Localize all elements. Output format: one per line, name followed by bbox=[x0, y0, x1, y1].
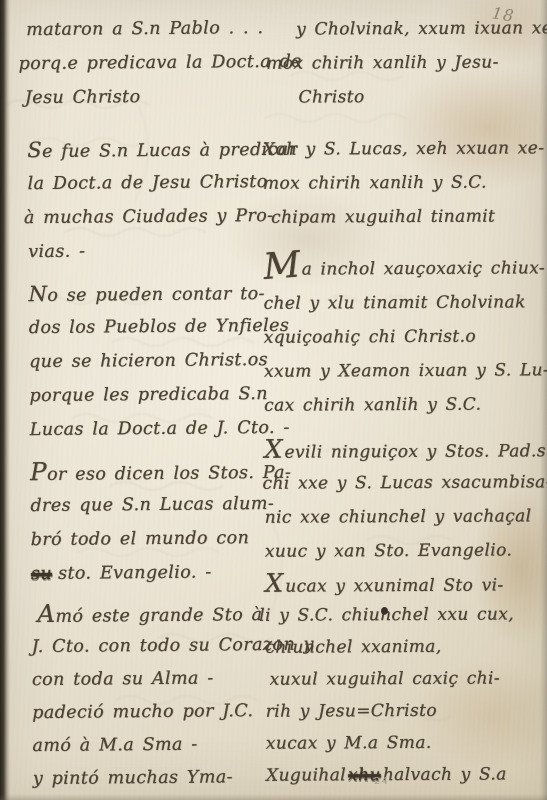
manuscript-line: rih y Jesu=Christo bbox=[266, 695, 547, 728]
manuscript-line: à muchas Ciudades y Pro- bbox=[24, 201, 278, 237]
manuscript-line: No se pueden contar to- bbox=[28, 277, 278, 313]
manuscript-line: vias. - bbox=[28, 235, 278, 271]
manuscript-line: xucax y M.a Sma. bbox=[266, 727, 547, 760]
line-text: Xuguihal bbox=[266, 765, 346, 785]
paragraph: Se fue S.n Lucas à predicar la Doct.a de… bbox=[27, 133, 278, 271]
decorated-initial: M bbox=[263, 265, 300, 268]
manuscript-line: Se fue S.n Lucas à predicar bbox=[27, 133, 277, 169]
manuscript-line: y Cholvinak, xxum ixuan xe- bbox=[296, 13, 546, 48]
line-text: a inchol xauçoxaxiç chiux- bbox=[302, 258, 545, 279]
manuscript-line: mataron a S.n Pablo . . . bbox=[26, 13, 276, 49]
manuscript-line: que se hicieron Christ.os bbox=[29, 345, 279, 381]
manuscript-line: nic xxe chiunchel y vachaçal bbox=[265, 501, 547, 536]
manuscript-line: mox chirih xanlih y Jesu- bbox=[266, 47, 546, 82]
pencil-page-number: 24 bbox=[374, 776, 389, 787]
manuscript-line: Por eso dicen los Stos. Pa- bbox=[30, 455, 280, 491]
right-text-column: y Cholvinak, xxum ixuan xe- mox chirih x… bbox=[262, 0, 546, 1]
manuscript-line: Xoh y S. Lucas, xeh xxuan xe- bbox=[263, 133, 547, 168]
manuscript-line: dres que S.n Lucas alum- bbox=[30, 489, 280, 525]
manuscript-line: chiunchel xxanima, bbox=[265, 631, 547, 664]
manuscript-line: susto. Evangelio. - bbox=[31, 557, 281, 593]
manuscript-line: xxum y Xeamon ixuan y S. Lu- bbox=[264, 355, 547, 390]
manuscript-line: con toda su Alma - bbox=[32, 663, 282, 698]
manuscript-line: y pintó muchas Yma- bbox=[33, 762, 283, 797]
manuscript-line: Amó este grande Sto à bbox=[37, 597, 281, 632]
manuscript-line: li y S.C. chiunchel xxu cux, bbox=[259, 599, 547, 633]
manuscript-line: Jesu Christo bbox=[25, 81, 277, 117]
ink-blot bbox=[381, 607, 388, 615]
line-text: sto. Evangelio. - bbox=[58, 562, 212, 583]
manuscript-line: xuxul xuguihal caxiç chi- bbox=[269, 663, 547, 696]
paragraph: Por eso dicen los Stos. Pa- dres que S.n… bbox=[30, 455, 281, 593]
paragraph: No se pueden contar to- dos los Pueblos … bbox=[28, 277, 279, 449]
paragraph: Xevili ninguiçox y Stos. Pad.s chi xxe y… bbox=[264, 433, 547, 570]
manuscript-line: chi xxe y S. Lucas xsacumbisa- bbox=[262, 467, 547, 502]
manuscript-line: porque les predicaba S.n bbox=[29, 379, 279, 415]
manuscript-line: chel y xlu tinamit Cholvinak bbox=[264, 287, 547, 322]
manuscript-line: porq.e predicava la Doct.a de bbox=[18, 47, 276, 83]
manuscript-line: Xucax y xxunimal Sto vi- bbox=[265, 567, 547, 600]
manuscript-line: mox chirih xanlih y S.C. bbox=[263, 167, 547, 202]
struck-word: su bbox=[31, 564, 52, 584]
manuscript-page: 18 mataron a S.n Pablo . . . porq.e pred… bbox=[0, 0, 547, 800]
manuscript-line: J. Cto. con todo su Corazon y bbox=[32, 630, 282, 665]
manuscript-line: xquiçoahiç chi Christ.o bbox=[264, 321, 547, 356]
manuscript-line: chipam xuguihal tinamit bbox=[271, 201, 547, 236]
manuscript-line: Ma inchol xauçoxaxiç chiux- bbox=[263, 253, 547, 288]
manuscript-line: Christo bbox=[298, 81, 546, 116]
paragraph: Ma inchol xauçoxaxiç chiux- chel y xlu t… bbox=[263, 253, 547, 424]
manuscript-line: dos los Pueblos de Ynfieles bbox=[29, 311, 279, 347]
binding-edge bbox=[0, 0, 10, 800]
manuscript-line: cax chirih xanlih y S.C. bbox=[264, 389, 547, 424]
paragraph: Xucax y xxunimal Sto vi- li y S.C. chiun… bbox=[265, 567, 547, 792]
paragraph: Xoh y S. Lucas, xeh xxuan xe- mox chirih… bbox=[263, 133, 547, 236]
left-text-column: mataron a S.n Pablo . . . porq.e predica… bbox=[26, 0, 276, 1]
manuscript-line: xuuc y xan Sto. Evangelio. bbox=[265, 535, 547, 570]
manuscript-line: la Doct.a de Jesu Christo bbox=[27, 167, 277, 203]
manuscript-line: Xevili ninguiçox y Stos. Pad.s bbox=[264, 433, 547, 468]
paragraph: mataron a S.n Pablo . . . porq.e predica… bbox=[26, 13, 277, 117]
manuscript-line: Xuguihalxhuhalvach y S.a bbox=[266, 759, 547, 792]
manuscript-line: amó à M.a Sma - bbox=[32, 729, 282, 764]
manuscript-line: padeció mucho por J.C. bbox=[32, 696, 282, 731]
paragraph: y Cholvinak, xxum ixuan xe- mox chirih x… bbox=[262, 13, 547, 116]
paragraph: Amó este grande Sto à J. Cto. con todo s… bbox=[31, 597, 283, 797]
line-text: halvach y S.a bbox=[383, 764, 507, 785]
manuscript-line: bró todo el mundo con bbox=[31, 523, 281, 559]
manuscript-line: Lucas la Doct.a de J. Cto. - bbox=[30, 413, 280, 449]
